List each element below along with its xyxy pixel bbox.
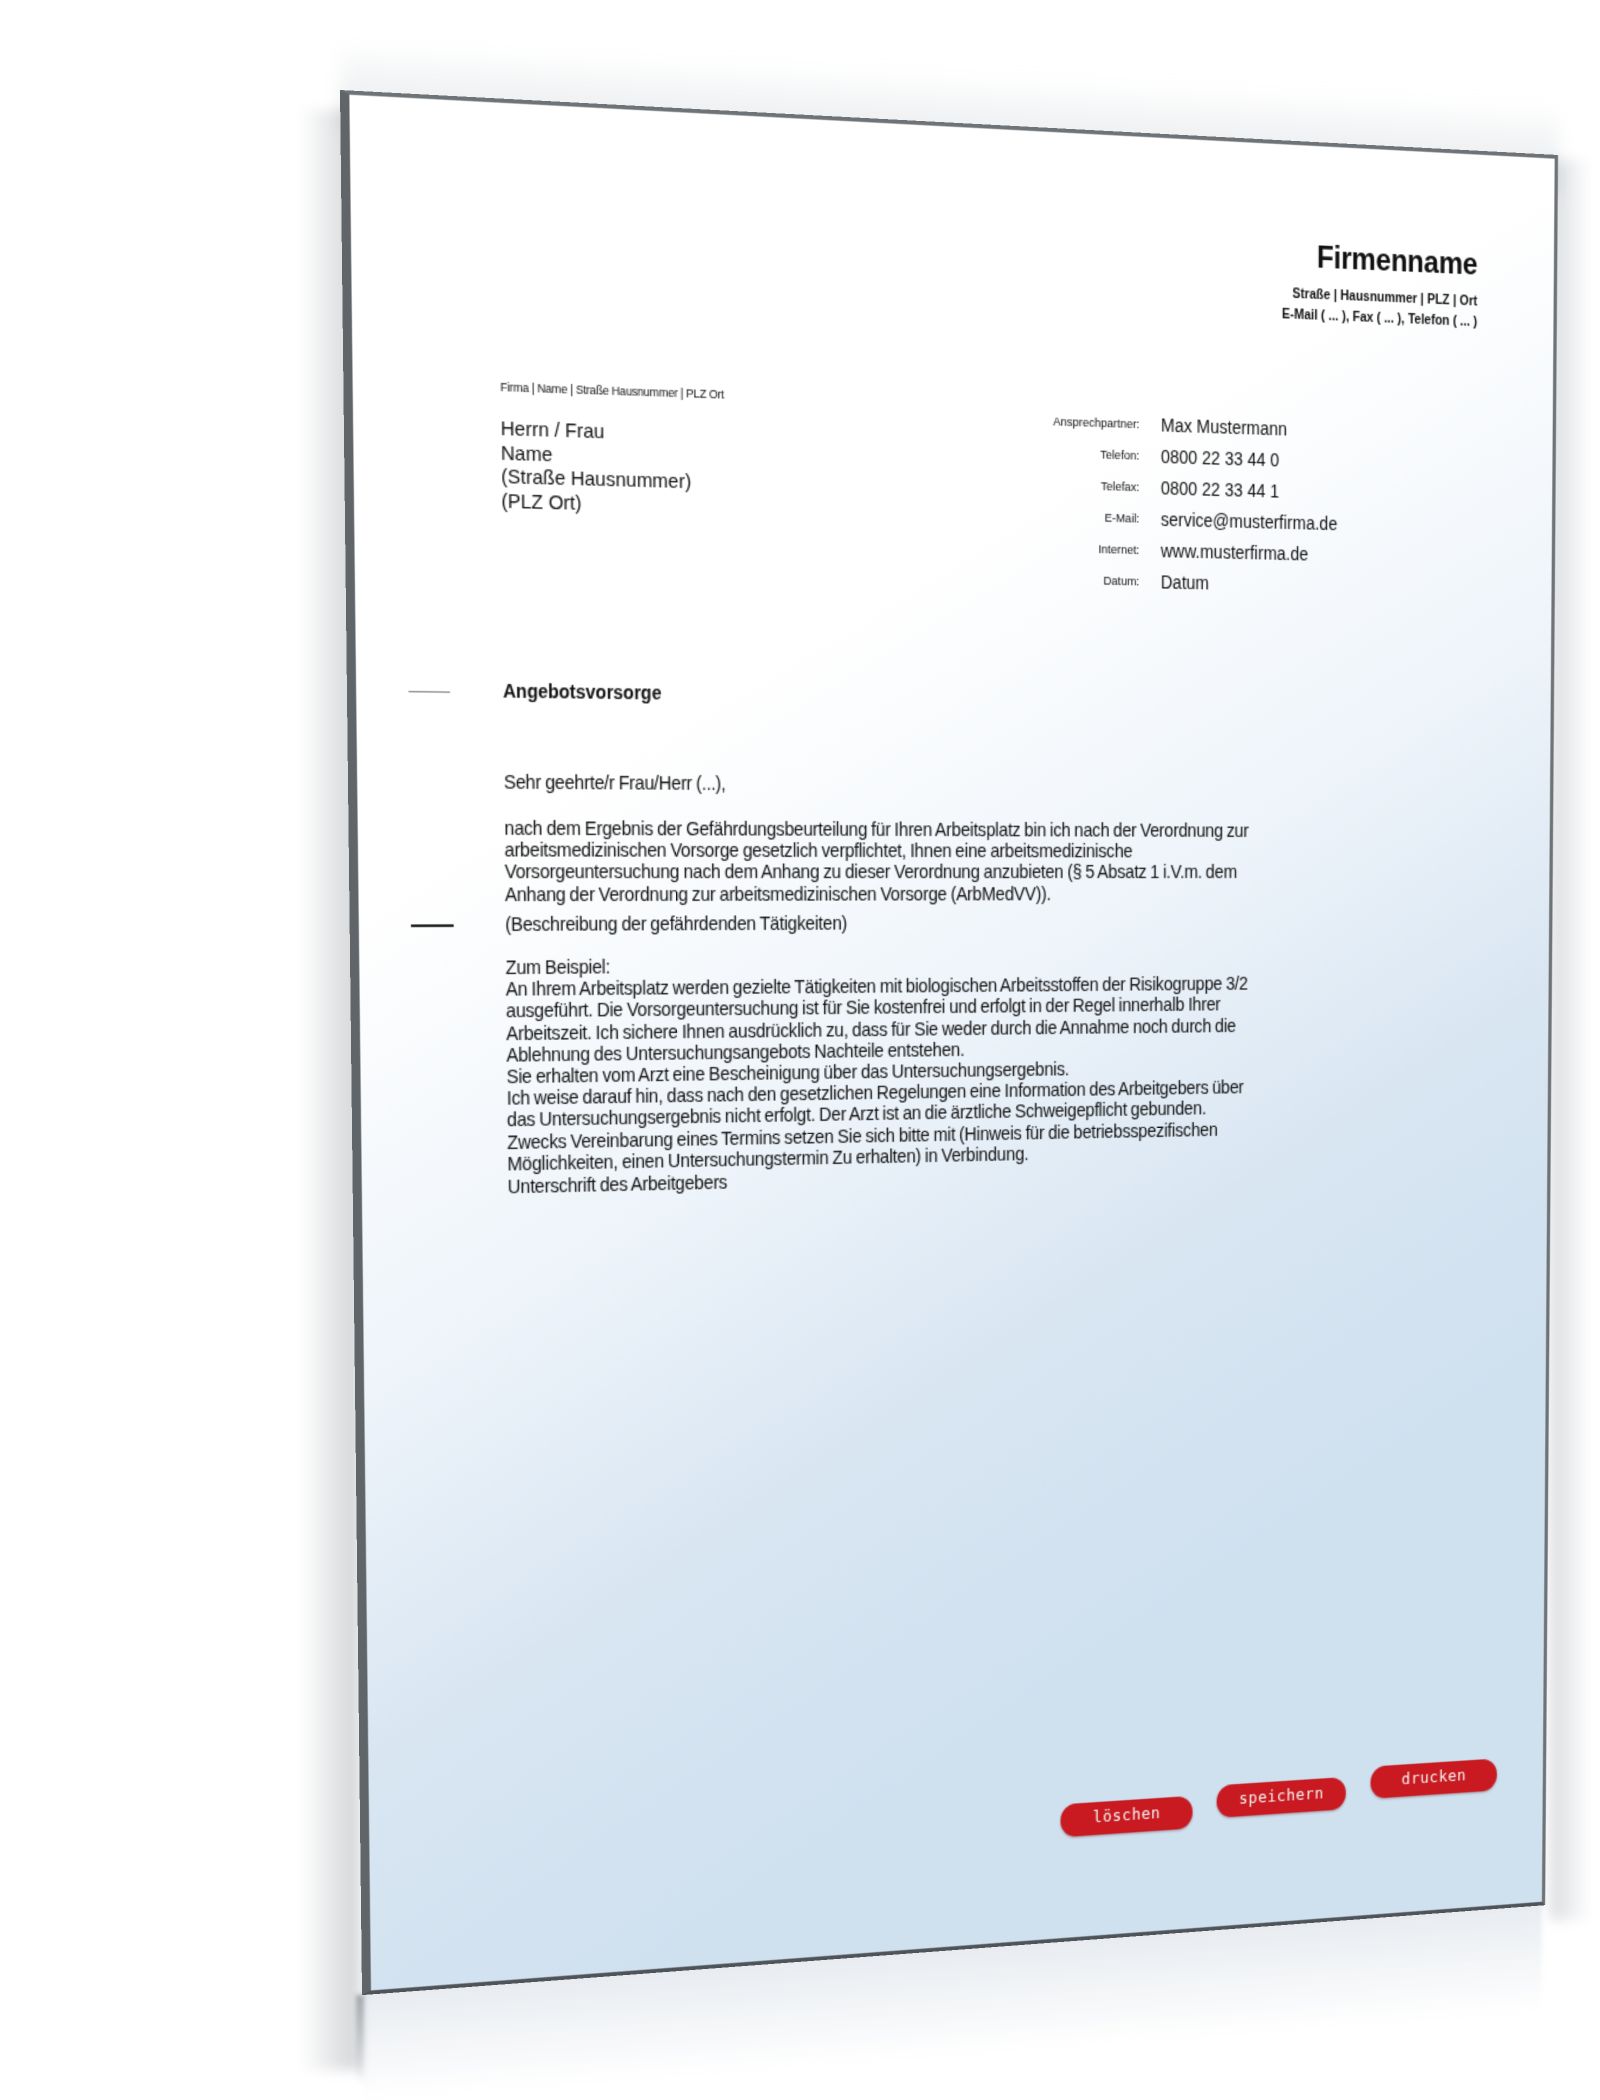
letter-paragraph-4: Sie erhalten vom Arzt eine Bescheinigung… [506, 1055, 1451, 1176]
contact-label: Internet: [1098, 543, 1139, 558]
delete-button[interactable]: löschen [1060, 1796, 1192, 1838]
contact-block: Ansprechpartner: Max Mustermann Telefon:… [353, 388, 1564, 428]
save-button[interactable]: speichern [1217, 1777, 1346, 1818]
contact-label: Telefon: [1100, 448, 1139, 464]
paragraph-line: (Beschreibung der gefährdenden Tätigkeit… [505, 912, 1452, 936]
contact-value: 0800 22 33 44 1 [1161, 477, 1279, 501]
contact-value: service@musterfirma.de [1161, 509, 1338, 534]
contact-label: Telefax: [1101, 480, 1140, 496]
fold-mark-middle [411, 924, 454, 927]
contact-label: Datum: [1103, 574, 1139, 589]
paragraph-line: nach dem Ergebnis der Gefährdungsbeurtei… [504, 819, 1453, 843]
paragraph-line: Vorsorgeuntersuchung nach dem Anhang zu … [505, 862, 1453, 884]
letter-subject: Angebotsvorsorge [503, 680, 662, 704]
paragraph-line: Anhang der Verordnung zur arbeitsmedizin… [505, 884, 1453, 906]
contact-value: Max Mustermann [1161, 414, 1287, 439]
print-button[interactable]: drucken [1370, 1758, 1497, 1798]
letter-paragraph-1: nach dem Ergebnis der Gefährdungsbeurtei… [504, 819, 1453, 907]
company-name: Firmenname [1317, 240, 1478, 284]
contact-value: Datum [1161, 571, 1209, 593]
contact-value: 0800 22 33 44 0 [1161, 446, 1279, 470]
letter-page: Firmenname Straße | Hausnummer | PLZ | O… [340, 90, 1558, 1995]
letter-paragraph-2: (Beschreibung der gefährdenden Tätigkeit… [505, 912, 1452, 936]
contact-label: E-Mail: [1105, 511, 1140, 526]
company-address: Straße | Hausnummer | PLZ | Ort [1292, 286, 1477, 309]
letter-salutation: Sehr geehrte/r Frau/Herr (...), [504, 772, 1453, 799]
contact-label: Ansprechpartner: [1053, 415, 1140, 432]
letter-paragraph-3: Zum Beispiel: An Ihrem Arbeitsplatz werd… [505, 953, 1452, 1067]
fold-mark-top [408, 691, 450, 693]
page-reflection-edge [356, 1995, 364, 2085]
company-contact-line: E-Mail ( ... ), Fax ( ... ), Telefon ( .… [1282, 306, 1477, 330]
salutation-text: Sehr geehrte/r Frau/Herr (...), [504, 772, 1453, 799]
document-preview-stage: Firmenname Straße | Hausnummer | PLZ | O… [0, 0, 1600, 2100]
paragraph-line: arbeitsmedizinischen Vorsorge gesetzlich… [504, 840, 1452, 863]
contact-value: www.musterfirma.de [1161, 540, 1309, 564]
